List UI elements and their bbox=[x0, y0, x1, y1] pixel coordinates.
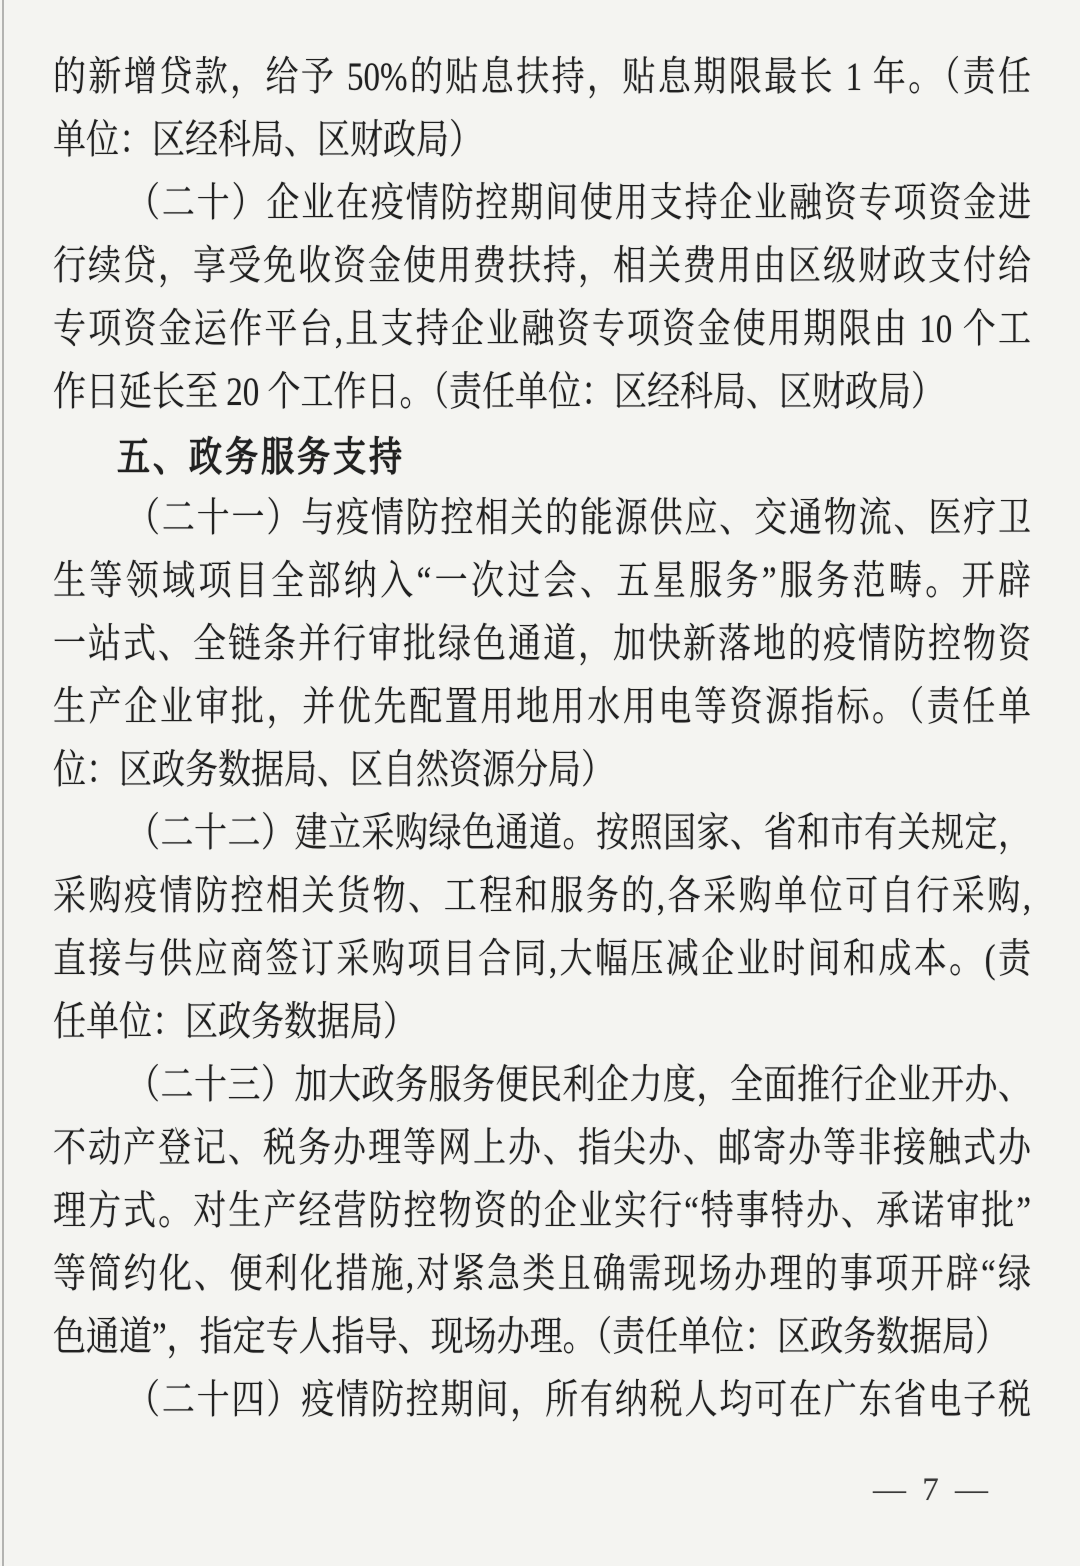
document-body: 的新增贷款，给予 50%的贴息扶持，贴息期限最长 1 年。（责任单位：区经科局、… bbox=[53, 47, 1031, 1433]
paragraph: （二十）企业在疫情防控期间使用支持企业融资专项资金进行续贷，享受免收资金使用费扶… bbox=[53, 173, 1031, 425]
paragraph: （二十四）疫情防控期间，所有纳税人均可在广东省电子税 bbox=[53, 1370, 1031, 1433]
scan-edge-line bbox=[2, 0, 4, 1566]
paragraph: 的新增贷款，给予 50%的贴息扶持，贴息期限最长 1 年。（责任单位：区经科局、… bbox=[53, 47, 1031, 173]
paragraph: （二十三）加大政务服务便民利企力度，全面推行企业开办、不动产登记、税务办理等网上… bbox=[53, 1055, 1031, 1370]
paragraph: （二十一）与疫情防控相关的能源供应、交通物流、医疗卫生等领域项目全部纳入“一次过… bbox=[53, 488, 1031, 803]
document-page: 的新增贷款，给予 50%的贴息扶持，贴息期限最长 1 年。（责任单位：区经科局、… bbox=[0, 0, 1080, 1566]
text-line: （二十四）疫情防控期间，所有纳税人均可在广东省电子税 bbox=[53, 1363, 1031, 1440]
page-number: — 7 — bbox=[873, 1462, 992, 1518]
section-heading: 五、政务服务支持 bbox=[53, 425, 1031, 488]
paragraph: （二十二）建立采购绿色通道。按照国家、省和市有关规定，采购疫情防控相关货物、工程… bbox=[53, 803, 1031, 1055]
